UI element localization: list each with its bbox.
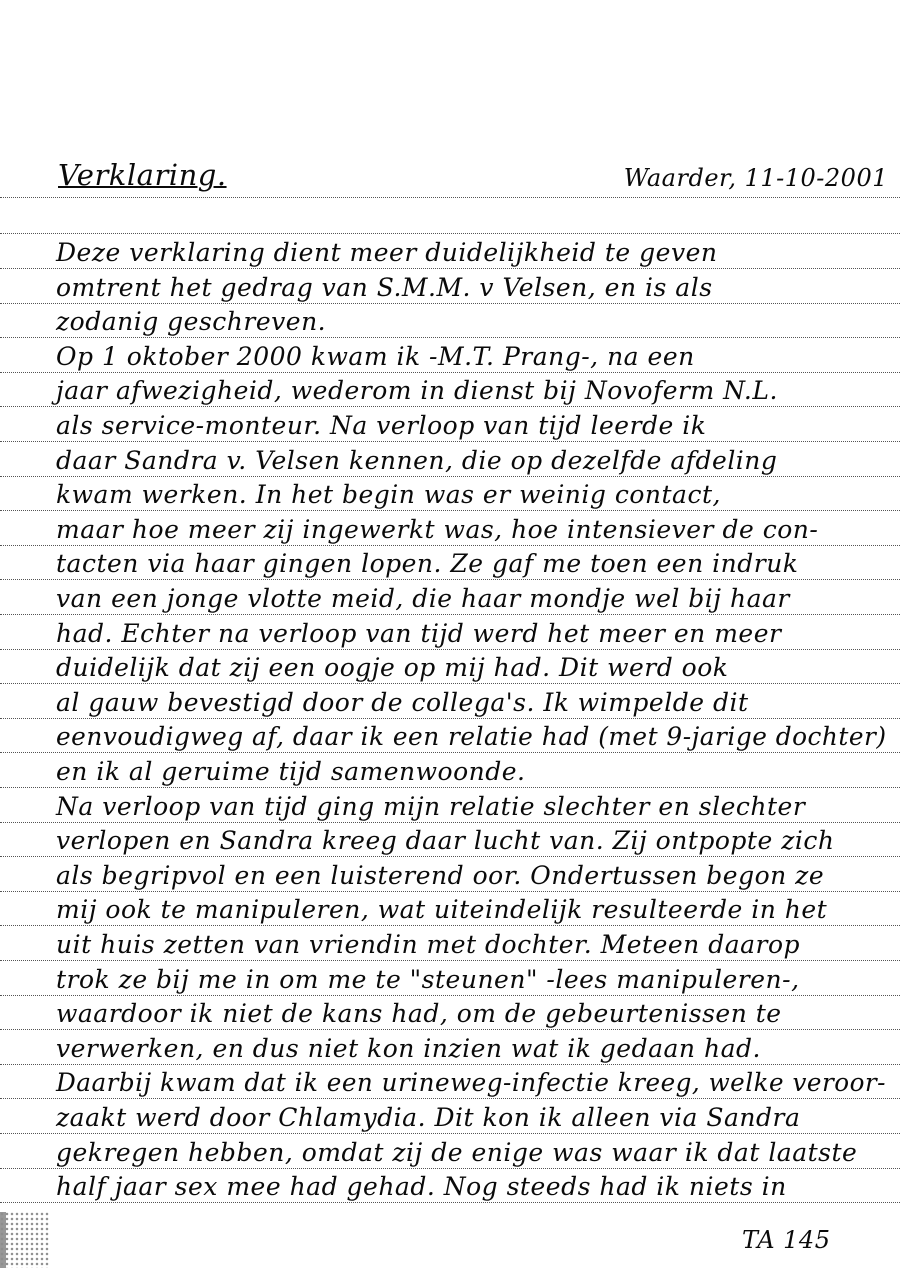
statement-line: zodanig geschreven. — [56, 307, 886, 336]
ruled-line — [0, 752, 900, 753]
statement-line: Deze verklaring dient meer duidelijkheid… — [56, 238, 886, 267]
statement-line: als begripvol en een luisterend oor. Ond… — [56, 861, 886, 890]
place-and-date: Waarder, 11-10-2001 — [624, 164, 888, 192]
statement-line: jaar afwezigheid, wederom in dienst bij … — [56, 376, 886, 405]
statement-line: had. Echter na verloop van tijd werd het… — [56, 619, 886, 648]
ruled-line — [0, 197, 900, 198]
statement-line: zaakt werd door Chlamydia. Dit kon ik al… — [56, 1103, 886, 1132]
statement-line: waardoor ik niet de kans had, om de gebe… — [56, 999, 886, 1028]
scan-artifact — [0, 1212, 50, 1268]
ruled-line — [0, 510, 900, 511]
ruled-line — [0, 925, 900, 926]
statement-line: Na verloop van tijd ging mijn relatie sl… — [56, 792, 886, 821]
ruled-line — [0, 476, 900, 477]
handwritten-statement-page: Verklaring. Waarder, 11-10-2001 Deze ver… — [0, 0, 900, 1268]
ruled-line — [0, 649, 900, 650]
ruled-line — [0, 579, 900, 580]
ruled-line — [0, 1133, 900, 1134]
statement-line: trok ze bij me in om me te "steunen" -le… — [56, 965, 886, 994]
ruled-line — [0, 822, 900, 823]
statement-line: als service-monteur. Na verloop van tijd… — [56, 411, 886, 440]
ruled-line — [0, 406, 900, 407]
statement-line: tacten via haar gingen lopen. Ze gaf me … — [56, 549, 886, 578]
ruled-line — [0, 441, 900, 442]
statement-line: verlopen en Sandra kreeg daar lucht van.… — [56, 826, 886, 855]
statement-line: Daarbij kwam dat ik een urineweg-infecti… — [56, 1068, 874, 1097]
ruled-line — [0, 268, 900, 269]
statement-line: en ik al geruime tijd samenwoonde. — [56, 757, 886, 786]
ruled-line — [0, 856, 900, 857]
document-title: Verklaring. — [58, 158, 227, 192]
statement-line: al gauw bevestigd door de collega's. Ik … — [56, 688, 886, 717]
page-reference-mark: TA 145 — [742, 1226, 830, 1254]
ruled-line — [0, 614, 900, 615]
ruled-line — [0, 545, 900, 546]
statement-line: gekregen hebben, omdat zij de enige was … — [56, 1138, 886, 1167]
statement-line: daar Sandra v. Velsen kennen, die op dez… — [56, 446, 886, 475]
statement-line: maar hoe meer zij ingewerkt was, hoe int… — [56, 515, 886, 544]
ruled-line — [0, 1064, 900, 1065]
ruled-line — [0, 1168, 900, 1169]
statement-line: kwam werken. In het begin was er weinig … — [56, 480, 886, 509]
ruled-line — [0, 1029, 900, 1030]
statement-line: verwerken, en dus niet kon inzien wat ik… — [56, 1034, 886, 1063]
ruled-line — [0, 1098, 900, 1099]
statement-line: Op 1 oktober 2000 kwam ik -M.T. Prang-, … — [56, 342, 886, 371]
ruled-line — [0, 787, 900, 788]
statement-line: mij ook te manipuleren, wat uiteindelijk… — [56, 895, 886, 924]
statement-line: half jaar sex mee had gehad. Nog steeds … — [56, 1172, 886, 1201]
ruled-line — [0, 303, 900, 304]
ruled-line — [0, 995, 900, 996]
ruled-line — [0, 718, 900, 719]
statement-line: omtrent het gedrag van S.M.M. v Velsen, … — [56, 273, 886, 302]
statement-line: uit huis zetten van vriendin met dochter… — [56, 930, 886, 959]
ruled-line — [0, 337, 900, 338]
statement-line: eenvoudigweg af, daar ik een relatie had… — [56, 722, 879, 751]
statement-line: duidelijk dat zij een oogje op mij had. … — [56, 653, 886, 682]
ruled-line — [0, 233, 900, 234]
ruled-line — [0, 683, 900, 684]
ruled-line — [0, 1202, 900, 1203]
ruled-line — [0, 960, 900, 961]
statement-line: van een jonge vlotte meid, die haar mond… — [56, 584, 886, 613]
ruled-line — [0, 891, 900, 892]
ruled-line — [0, 372, 900, 373]
